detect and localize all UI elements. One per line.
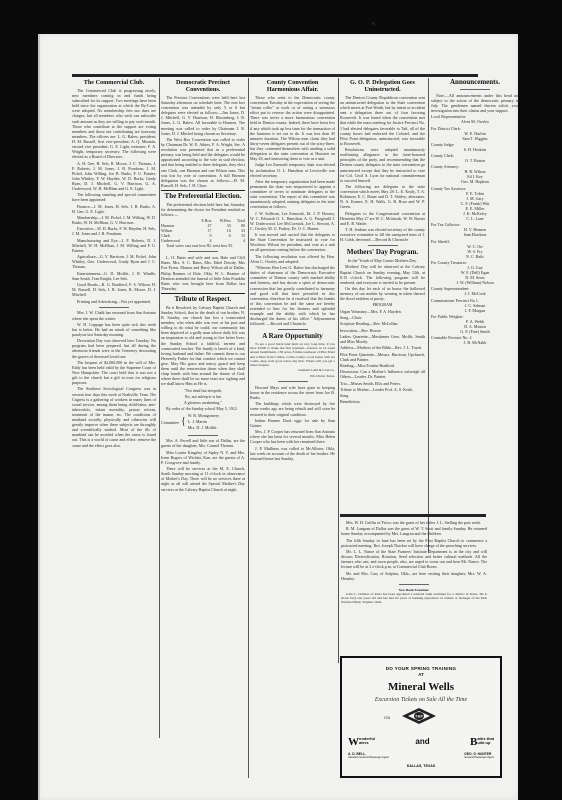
masthead-rule bbox=[72, 74, 478, 77]
article-paragraph: Agriculture—G. V. Harrison, J. M. Pickel… bbox=[72, 254, 156, 269]
column-commercial-club: The Commercial Club. The Commercial Club… bbox=[72, 78, 156, 449]
candidate-name: Geo. M. Hopkins bbox=[431, 179, 519, 184]
scan-speck bbox=[372, 22, 375, 25]
ad-via: via bbox=[384, 716, 390, 721]
candidate-name: J. F. Morgan bbox=[431, 308, 519, 313]
article-paragraph: Mothers' Day will be observed at the Cal… bbox=[340, 264, 425, 284]
candidate-name: J. J. McCook bbox=[431, 291, 519, 296]
news-item: Decoration Day was observed here Tuesday… bbox=[72, 338, 156, 358]
headline-democratic-precinct: Democratic Precinct Conventions. bbox=[161, 79, 245, 93]
news-item: The bequest of $2,000,000 in the will of… bbox=[72, 360, 156, 385]
tribute-body: Be it Resolved, by Calvary Baptist Churc… bbox=[161, 305, 245, 387]
article-paragraph: T. H. Jenkins was elected secretary of t… bbox=[340, 227, 425, 242]
ad-city: DALLAS, TEXAS bbox=[342, 764, 500, 768]
article-paragraph: On this day let each of us honor the hal… bbox=[340, 286, 425, 301]
article-paragraph: The following resolution was offered by … bbox=[250, 254, 335, 264]
ad-agents: A. D. BELL,Assistant General Passenger A… bbox=[348, 752, 494, 759]
announcements-note: Note.—All announcements under this head … bbox=[431, 93, 519, 113]
tribute-order: By order of the Sunday school May 5, 191… bbox=[161, 406, 245, 411]
slogan-fragment: uild up bbox=[477, 741, 494, 745]
article-paragraph: Judge Lee Zumwalt temporary chair was el… bbox=[250, 162, 335, 177]
program-item: Scripture Reading—Rev. McLellan. bbox=[340, 321, 425, 326]
article-paragraph: The Commercial Club is progressing nicel… bbox=[72, 88, 156, 159]
news-item: Mrs. J. W. Chalk has returned from San A… bbox=[72, 310, 156, 320]
article-paragraph: Resolutions were adopted unanimously rea… bbox=[340, 147, 425, 183]
ad-line2: AT bbox=[342, 672, 500, 677]
slogan-right: Baths thatuild up bbox=[470, 732, 494, 750]
column-democratic: Democratic Precinct Conventions. The Pre… bbox=[161, 78, 245, 493]
newspaper-page: The Commercial Club. The Commercial Club… bbox=[38, 34, 518, 800]
candidate-name: C. L. Lane bbox=[431, 216, 519, 221]
news-item: L. O. Bates and wife and son, Hale and C… bbox=[161, 255, 245, 291]
ad-headline: Mineral Wells bbox=[342, 681, 500, 693]
section-rule bbox=[340, 514, 486, 517]
article-paragraph: The following standing and special commi… bbox=[72, 192, 156, 202]
article-paragraph: After the temporary organization had bee… bbox=[250, 179, 335, 210]
svg-text:T&P: T&P bbox=[415, 714, 423, 719]
candidate-name: J. B. McNabb bbox=[431, 340, 519, 345]
candidate-name: Sam T. Higgins bbox=[431, 136, 519, 141]
committee-member: W. B. Montgomery bbox=[188, 413, 219, 418]
program-item: Discussion: Can a Mother's Influence out… bbox=[340, 369, 425, 379]
program-item: Trio—Misses Smith, Ellis and Peters. bbox=[340, 381, 425, 386]
candidate-name: N. C. Bails bbox=[431, 254, 519, 259]
column-gop: G. O. P. Delegation Goes Uninstructed. T… bbox=[340, 78, 425, 406]
verse-line: No, not asleep-it is but bbox=[161, 394, 245, 399]
news-item: The Southern Sociological Congress was i… bbox=[72, 386, 156, 447]
local-news: Mrs. W. H. Griffin of Frisco was the gue… bbox=[341, 520, 487, 606]
news-item: The buildings which were destroyed by fi… bbox=[250, 401, 335, 416]
news-item: Mrs. J. P. Cooper has returned from San … bbox=[250, 429, 335, 444]
article-paragraph: Executive—W. D. Burks, F. W. Hayden, H. … bbox=[72, 226, 156, 236]
article-paragraph: Finance—J. M. Jones, H. Sels, J. B. Burk… bbox=[72, 204, 156, 214]
mineral-wells-ad: DO YOUR SPRING TRAINING AT Mineral Wells… bbox=[340, 656, 502, 778]
news-item: J. P. Mullinax was called to McAllister,… bbox=[250, 446, 335, 461]
headline-preferential-election: The Preferential Election. bbox=[161, 193, 245, 200]
slogan-and: and bbox=[415, 737, 429, 746]
mothers-day-subtitle: In the 'Youth of May Comes Mothers Day. bbox=[340, 258, 425, 263]
program-item: Reading—Miss Fontise Bradford. bbox=[340, 363, 425, 368]
article-paragraph: Membership—J. M. Pickel, J. M. Willing, … bbox=[72, 215, 156, 225]
article-paragraph: "Whereas Hon Levi G. Balew has discharge… bbox=[250, 265, 335, 326]
candidate-name: G. F. (Fate) Smith bbox=[431, 329, 519, 334]
headline-county-convention: County Convention Harmonious Affair. bbox=[250, 79, 335, 93]
separator bbox=[399, 584, 429, 585]
program-item: Organ Voluntary—Mrs. F. A. Hayden. bbox=[340, 309, 425, 314]
news-item: There will be services at the M. E. Chur… bbox=[161, 466, 245, 491]
separator bbox=[368, 245, 398, 246]
column-divider bbox=[248, 78, 249, 778]
vote-table: E.BoxW.BoxTotal Harmon473380Wilson171633… bbox=[161, 218, 245, 243]
news-item: R. M. Langran of Dallas was the guest of… bbox=[341, 526, 487, 536]
article-paragraph: It was moved and carried that the delega… bbox=[250, 232, 335, 252]
headline-commercial-club: The Commercial Club. bbox=[72, 79, 156, 86]
column-county-convention: County Convention Harmonious Affair. Tho… bbox=[250, 78, 335, 462]
article-paragraph: Those who went to the Democratic county … bbox=[250, 95, 335, 161]
slogan-left: Wonderfulaters bbox=[348, 732, 375, 750]
verse-line: "Not dead but sleepeth, bbox=[161, 388, 245, 393]
program-item: Address—Mothers of the Bible—Rev. J. L. … bbox=[340, 345, 425, 350]
headline-announcements: Announcements. bbox=[431, 79, 519, 86]
article-paragraph: Entertainment—G. D. Moffitt, J. R. Windl… bbox=[72, 271, 156, 281]
article-paragraph: The following are delegates to the state… bbox=[340, 184, 425, 209]
signature-line: Pilot Point, Texas. bbox=[250, 374, 335, 378]
news-item: Mr. and Mrs. Cary of Sulphur, Okla., are… bbox=[341, 571, 487, 581]
candidate-name: J. W. (William) Nelson bbox=[431, 280, 519, 285]
column-announcements: Announcements. Note.—All announcements u… bbox=[431, 78, 519, 345]
program-item: Benediction. bbox=[340, 399, 425, 404]
article-paragraph: The Precinct Conventions were held here … bbox=[161, 95, 245, 136]
article-paragraph: A. H. Gee, H. Sels, R. Moore, J. C. Thom… bbox=[72, 161, 156, 192]
article-paragraph: Good Roads—B. G. Bradford, F. S. Wilson,… bbox=[72, 282, 156, 297]
headline-gop: G. O. P. Delegation Goes Uninstructed. bbox=[340, 79, 425, 93]
election-intro: The preferential election held here last… bbox=[161, 202, 245, 217]
column-divider bbox=[428, 78, 429, 553]
candidate-name: Alvin M. Owsley bbox=[431, 119, 519, 124]
article-paragraph: Printing and Advertising—Not yet appoint… bbox=[72, 299, 156, 304]
article-paragraph: The West Box Convention was called to or… bbox=[161, 137, 245, 188]
candidate-name: Sam Hawkins bbox=[431, 232, 519, 237]
bank-body: John C. Childers of Paris has been appoi… bbox=[341, 592, 487, 605]
program-item: Song—Choir. bbox=[340, 315, 425, 320]
separator bbox=[188, 251, 218, 252]
news-item: Miss Louise Kingsley of Sipley N. Y. and… bbox=[161, 450, 245, 465]
column-divider bbox=[159, 78, 160, 738]
committee-label: Committee bbox=[161, 420, 179, 425]
headline-mothers-day: Mothers' Day Program. bbox=[340, 249, 425, 256]
signature-line: Southern Land & Loan Co. bbox=[250, 368, 335, 372]
ad-slogan: Wonderfulaters and Baths thatuild up bbox=[348, 732, 494, 750]
slogan-fragment: aters bbox=[359, 741, 375, 745]
program-item: Pilot Point Quartette—Messrs. Harrison, … bbox=[340, 352, 425, 362]
program-label: PROGRAM bbox=[340, 302, 425, 307]
separator bbox=[188, 435, 218, 436]
committee-member: L. J. Martin bbox=[188, 419, 219, 424]
committee-member: Mrs. D. J. Moffitt. bbox=[188, 425, 219, 430]
program-item: Invocation—Rev. Hosser. bbox=[340, 328, 425, 333]
article-paragraph: Delegates to the Congressional conventio… bbox=[340, 211, 425, 226]
program-item: Ladies Quartette—Mesdames Geer, Moffit, … bbox=[340, 334, 425, 344]
brace: { bbox=[181, 417, 186, 427]
ad-body: To get a good black land farm on very lo… bbox=[250, 342, 335, 367]
separator bbox=[99, 307, 129, 308]
separator bbox=[161, 190, 245, 191]
news-item: Indian Runner Duck eggs for sale by Sam … bbox=[250, 418, 335, 428]
news-item: The fifth Sunday in June has been set by… bbox=[341, 538, 487, 548]
separator bbox=[161, 293, 245, 294]
program-item: Song. bbox=[340, 393, 425, 398]
ad-line1: DO YOUR SPRING TRAINING bbox=[342, 666, 500, 671]
news-item: Howard Mays and wife have gone to keepin… bbox=[250, 385, 335, 400]
program-item: Tribute to Mother—Leader Prof. A. S. Kei… bbox=[340, 387, 425, 392]
vote-total-note: Total votes cast east box 80, west box 5… bbox=[161, 243, 245, 248]
verse-line: A glorious awakening." bbox=[161, 400, 245, 405]
news-item: W. H. Coppage has been quite sick this w… bbox=[72, 322, 156, 337]
candidate-name: O. T. Button bbox=[431, 158, 519, 163]
article-paragraph: The Denton County Republican convention … bbox=[340, 95, 425, 146]
article-paragraph: Manufacturing and Eye—J. F. Roberts, D. … bbox=[72, 238, 156, 253]
separator bbox=[278, 381, 308, 382]
article-paragraph: J. W. Sullivan, Lee Zumwalt, Dr. J. P. H… bbox=[250, 211, 335, 231]
agent-left: A. D. BELL,Assistant General Passenger A… bbox=[348, 752, 389, 759]
headline-tribute: Tribute of Respect. bbox=[161, 296, 245, 303]
committee-block: Committee { W. B. MontgomeryL. J. Martin… bbox=[161, 413, 245, 432]
headline-rare-opportunity: A Rare Opportunity bbox=[250, 333, 335, 340]
news-item: Mrs. A. Ferrell and little son of Dallas… bbox=[161, 438, 245, 448]
news-item: Mr. L. L. Nance of the State Farmers' In… bbox=[341, 549, 487, 569]
railroad-logo-icon: T&P bbox=[402, 708, 436, 724]
news-item: Mrs. W. H. Griffin of Frisco was the gue… bbox=[341, 520, 487, 525]
separator bbox=[278, 329, 308, 330]
ad-tagline: Excursion Tickets on Sale All the Time bbox=[342, 697, 500, 703]
column-divider bbox=[338, 78, 339, 663]
agent-right: GEO. D. HUNTERGeneral Passenger Agent bbox=[464, 752, 494, 759]
separator bbox=[460, 89, 490, 90]
candidate-name: S. H. Hoskins bbox=[431, 147, 519, 152]
